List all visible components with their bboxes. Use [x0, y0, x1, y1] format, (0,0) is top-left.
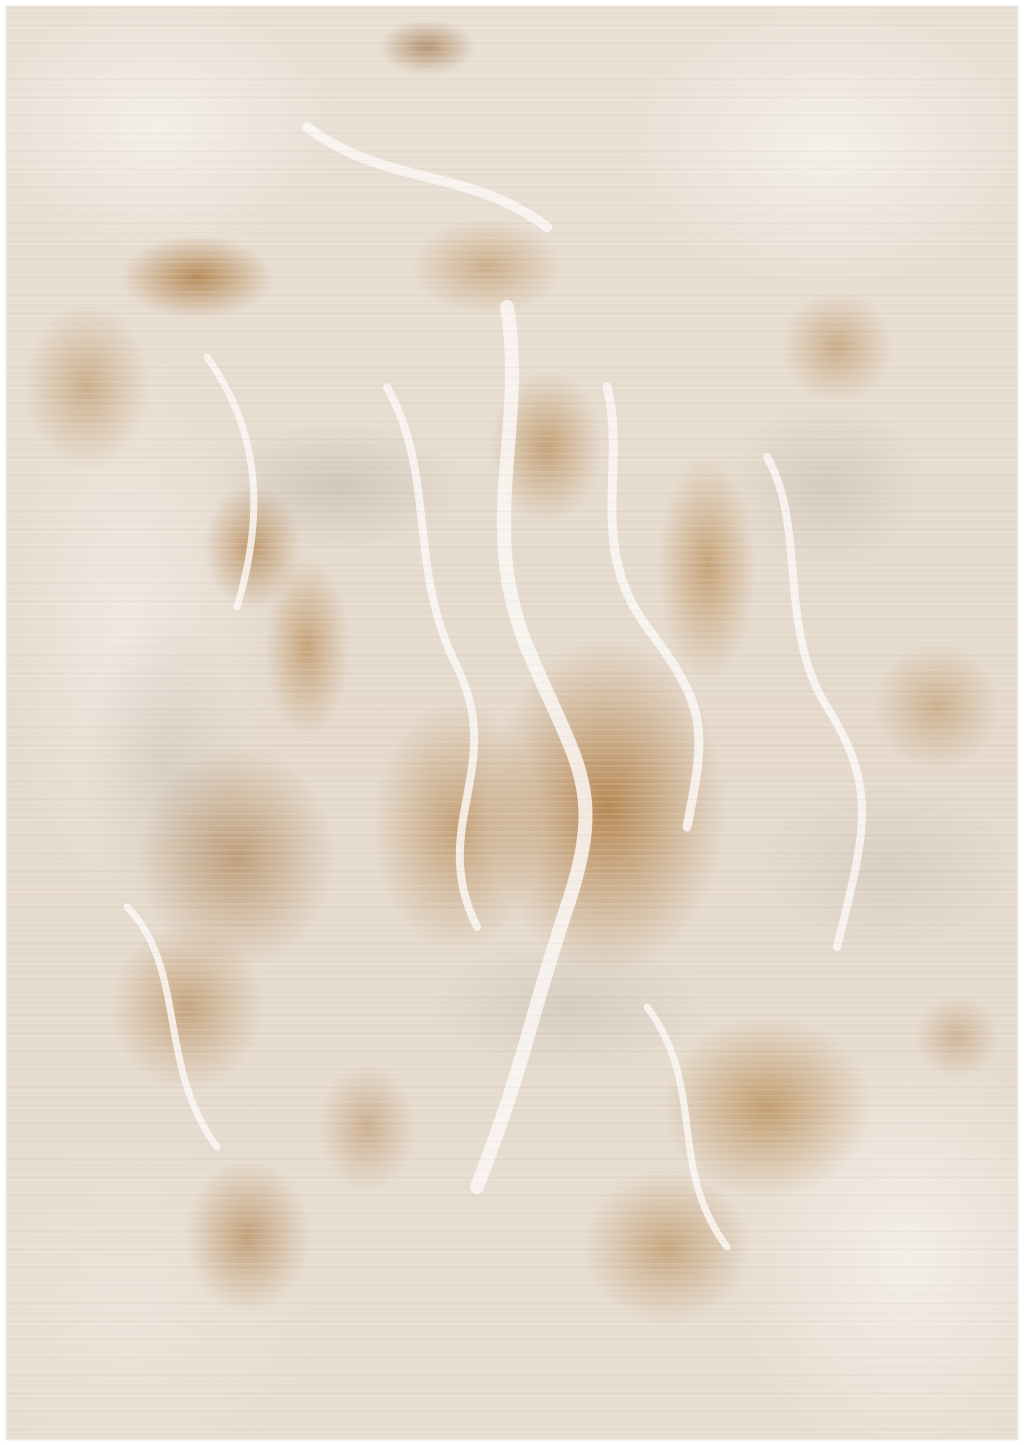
rug-pile-streaks [7, 7, 1017, 1439]
rug [6, 6, 1018, 1440]
